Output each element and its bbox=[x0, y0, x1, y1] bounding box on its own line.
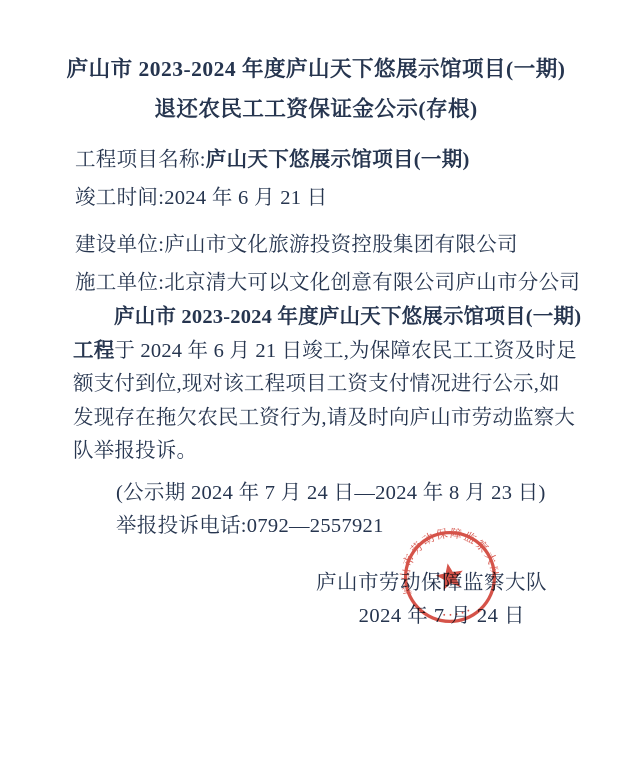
body-line: 庐山市 2023-2024 年度庐山天下悠展示馆项目(一期) bbox=[73, 301, 568, 335]
body-paragraph: 庐山市 2023-2024 年度庐山天下悠展示馆项目(一期) 工程于 2024 … bbox=[73, 301, 568, 469]
complaint-hotline: 举报投诉电话:0792—2557921 bbox=[75, 508, 384, 538]
signature-organization: 庐山市劳动保障监察大队 bbox=[316, 565, 547, 595]
body-line-bold-text: 工程 bbox=[73, 340, 114, 362]
signature-date: 2024 年 7 月 24 日 bbox=[359, 598, 525, 628]
body-line: 队举报投诉。 bbox=[73, 435, 568, 469]
document-title-line-1: 庐山市 2023-2024 年度庐山天下悠展示馆项目(一期) bbox=[0, 52, 632, 83]
body-line-bold-text: 庐山市 2023-2024 年度庐山天下悠展示馆项目(一期) bbox=[114, 306, 581, 328]
body-line-text: 队举报投诉。 bbox=[73, 440, 197, 462]
meta-construction-owner-value: 庐山市文化旅游投资控股集团有限公司 bbox=[164, 234, 518, 256]
meta-contractor-label: 施工单位: bbox=[75, 272, 164, 294]
body-line-text: 额支付到位,现对该工程项目工资支付情况进行公示,如 bbox=[73, 373, 560, 395]
body-line-text: 发现存在拖欠农民工资行为,请及时向庐山市劳动监察大 bbox=[73, 407, 575, 429]
meta-construction-owner: 建设单位:庐山市文化旅游投资控股集团有限公司 bbox=[75, 227, 518, 257]
body-line: 发现存在拖欠农民工资行为,请及时向庐山市劳动监察大 bbox=[73, 402, 568, 436]
notice-period: (公示期 2024 年 7 月 24 日—2024 年 8 月 23 日) bbox=[75, 475, 546, 505]
notice-document-page: 庐山市 2023-2024 年度庐山天下悠展示馆项目(一期) 退还农民工工资保证… bbox=[0, 0, 632, 769]
body-line: 额支付到位,现对该工程项目工资支付情况进行公示,如 bbox=[73, 368, 568, 402]
meta-contractor: 施工单位:北京清大可以文化创意有限公司庐山市分公司 bbox=[75, 265, 580, 295]
body-line-text: 于 2024 年 6 月 21 日竣工,为保障农民工工资及时足 bbox=[114, 340, 576, 362]
meta-project-name: 工程项目名称:庐山天下悠展示馆项目(一期) bbox=[75, 142, 470, 172]
meta-project-name-label: 工程项目名称: bbox=[75, 149, 206, 171]
meta-construction-owner-label: 建设单位: bbox=[75, 234, 164, 256]
meta-contractor-value: 北京清大可以文化创意有限公司庐山市分公司 bbox=[164, 272, 580, 294]
document-title-line-2: 退还农民工工资保证金公示(存根) bbox=[0, 92, 632, 123]
meta-project-name-value: 庐山天下悠展示馆项目(一期) bbox=[206, 149, 470, 171]
meta-completion-date: 竣工时间:2024 年 6 月 21 日 bbox=[75, 180, 328, 210]
meta-completion-date-label: 竣工时间: bbox=[75, 187, 164, 209]
body-line: 工程于 2024 年 6 月 21 日竣工,为保障农民工工资及时足 bbox=[73, 335, 568, 369]
meta-completion-date-value: 2024 年 6 月 21 日 bbox=[164, 187, 327, 209]
